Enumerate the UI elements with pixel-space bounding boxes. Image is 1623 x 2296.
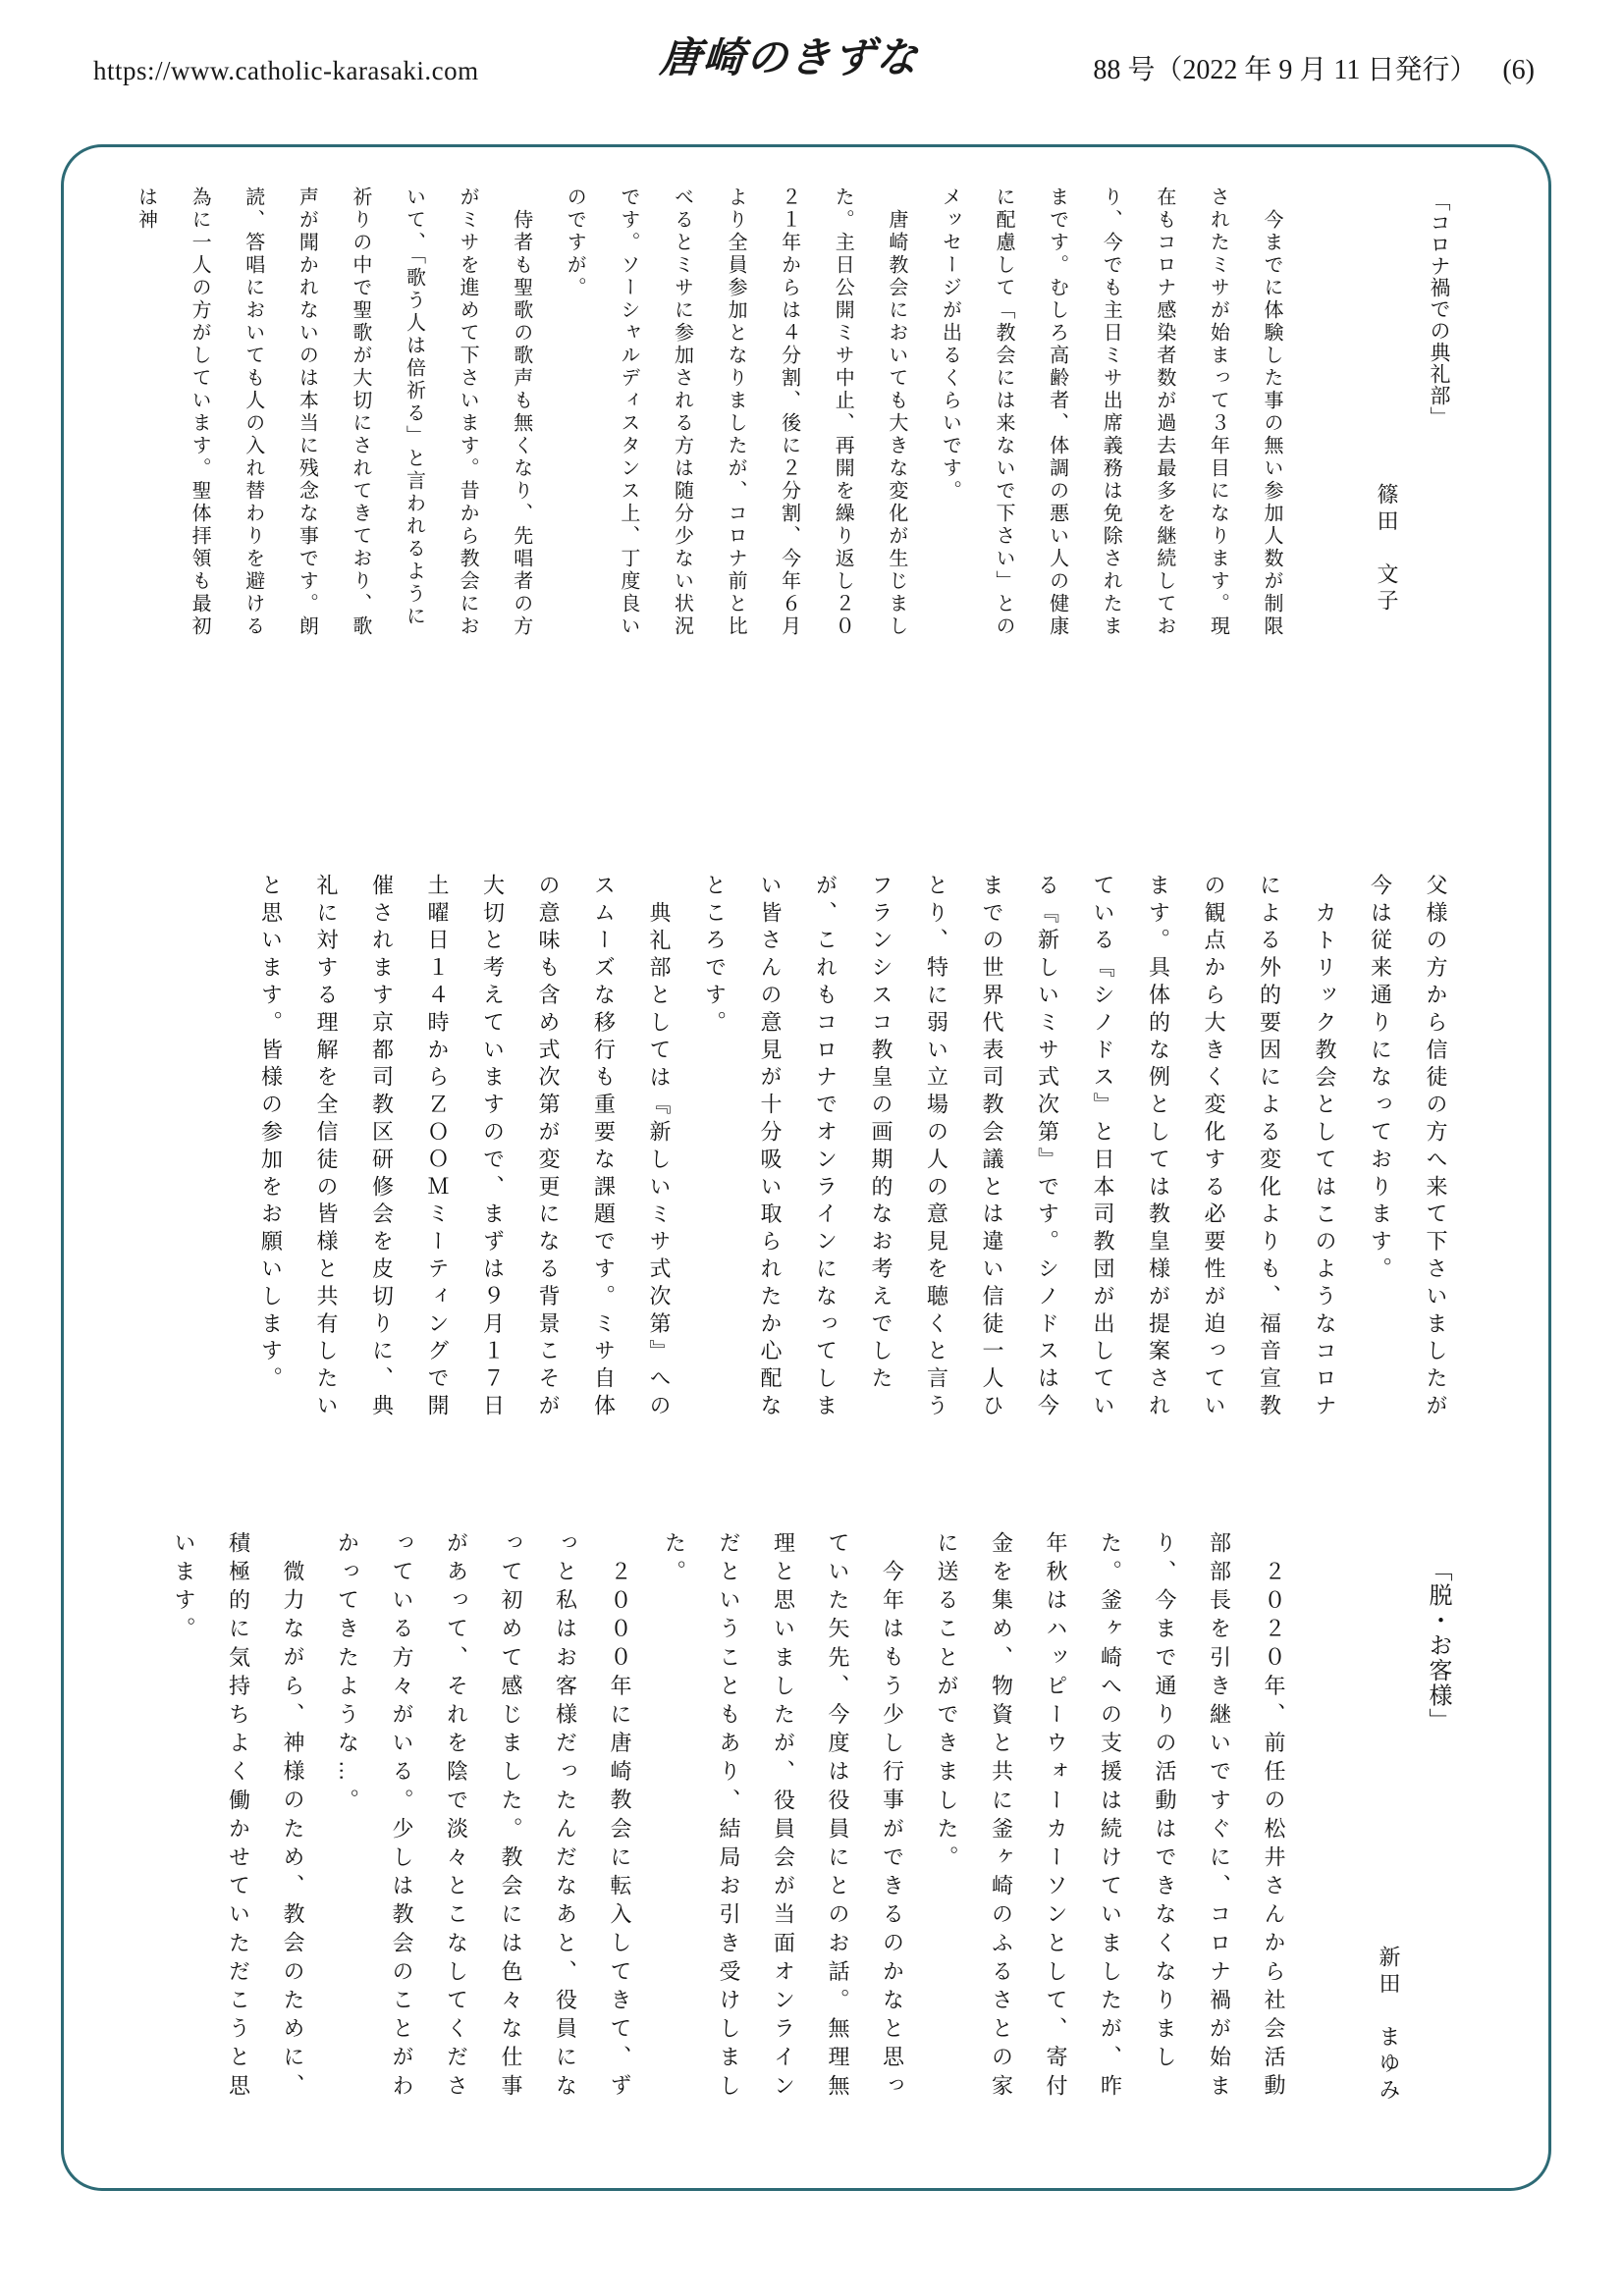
paragraph: 今までに体験した事の無い参加人数が制限されたミサが始まって３年目になります。現在… [923,187,1298,648]
article-2-author: 新田 まゆみ [1374,1946,1404,2105]
article-1-body-part1: 今までに体験した事の無い参加人数が制限されたミサが始まって３年目になります。現在… [119,187,1298,648]
paragraph: 唐崎教会においても大きな変化が生じました。主日公開ミサ中止、再開を繰り返し２０２… [548,187,923,648]
issue-info-group: 88 号（2022 年 9 月 11 日発行） (6) [1093,51,1535,90]
article-1-body-part2: 父様の方から信徒の方へ来て下さいましたが今は従来通りになっております。カトリック… [243,874,1463,1428]
paragraph: 典礼部としては『新しいミサ式次第』へのスムーズな移行も重要な課題です。ミサ自体の… [243,874,686,1428]
article-1-title: 「コロナ禍での典礼部」 [1424,190,1453,428]
issue-info: 88 号（2022 年 9 月 11 日発行） [1093,51,1477,90]
paragraph: ２０００年に唐崎教会に転入してきて、ずっと私はお客様だったんだなあと、役員になっ… [320,1531,647,2110]
article-1-author: 篠田 文子 [1372,483,1402,615]
paragraph: 微力ながら、神様のため、教会のために、積極的に気持ちよく働かせていただこうと思い… [157,1531,321,2110]
paragraph: 侍者も聖歌の歌声も無くなり、先唱者の方がミサを進めて下さいます。昔から教会におい… [119,187,548,648]
page-number: (6) [1502,51,1535,90]
paragraph: 父様の方から信徒の方へ来て下さいましたが今は従来通りになっております。 [1352,874,1463,1428]
article-2-body: ２０２０年、前任の松井さんから社会活動部部長を引き継いですぐに、コロナ禍が始まり… [157,1531,1302,2110]
newsletter-title: 唐崎のきずな [659,39,921,79]
paragraph: 今年はもう少し行事ができるのかなと思っていた矢先、今度は役員にとのお話。無理無理… [647,1531,920,2110]
article-2-title: 「脱・お客様」 [1421,1558,1455,1734]
newsletter-url: https://www.catholic-karasaki.com [93,51,479,90]
paragraph: カトリック教会としてはこのようなコロナによる外的要因による変化よりも、福音宣教の… [686,874,1352,1428]
paragraph: ２０２０年、前任の松井さんから社会活動部部長を引き継いですぐに、コロナ禍が始まり… [920,1531,1302,2110]
